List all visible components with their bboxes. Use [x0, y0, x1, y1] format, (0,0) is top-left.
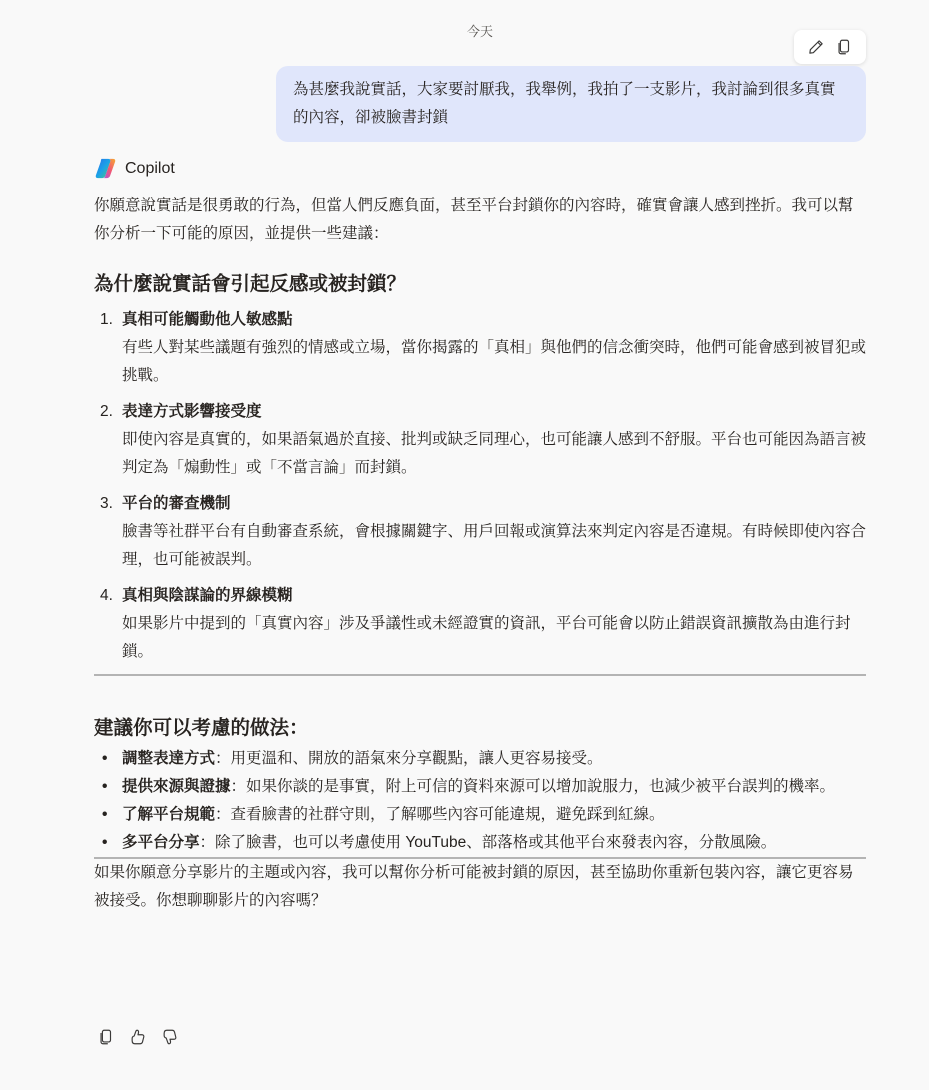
list-item-desc: 有些人對某些議題有強烈的情感或立場，當你揭露的「真相」與他們的信念衝突時，他們可… [122, 334, 866, 390]
list-item: 2. 表達方式影響接受度 即使內容是真實的，如果語氣過於直接、批判或缺乏同理心，… [94, 398, 866, 482]
bullet: • [102, 801, 107, 829]
copy-response-button[interactable] [96, 1026, 116, 1048]
list-number: 1. [100, 306, 113, 334]
list-item: 3. 平台的審查機制 臉書等社群平台有自動審查系統，會根據關鍵字、用戶回報或演算… [94, 490, 866, 574]
section-heading-reasons: 為什麼說實話會引起反感或被封鎖？ [94, 270, 866, 298]
thumbs-down-icon [161, 1028, 179, 1046]
list-item: • 提供來源與證據：如果你談的是事實，附上可信的資料來源可以增加說服力，也減少被… [94, 773, 866, 801]
copy-message-button[interactable] [833, 36, 855, 58]
user-message-actions [794, 30, 866, 64]
list-item-title: 提供來源與證據 [122, 778, 231, 795]
list-item-title: 真相與陰謀論的界線模糊 [122, 582, 866, 610]
bullet: • [102, 745, 107, 773]
user-message-bubble: 為甚麼我說實話，大家要討厭我，我舉例，我拍了一支影片，我討論到很多真實的內容，卻… [276, 66, 866, 142]
list-item-title: 表達方式影響接受度 [122, 398, 866, 426]
list-number: 3. [100, 490, 113, 518]
copy-icon [835, 38, 853, 56]
list-item-desc: 如果影片中提到的「真實內容」涉及爭議性或未經證實的資訊，平台可能會以防止錯誤資訊… [122, 610, 866, 666]
response-feedback-actions [96, 1026, 180, 1048]
list-item: 1. 真相可能觸動他人敏感點 有些人對某些議題有強烈的情感或立場，當你揭露的「真… [94, 306, 866, 390]
closing-paragraph: 如果你願意分享影片的主題或內容，我可以幫你分析可能被封鎖的原因，甚至協助你重新包… [94, 859, 866, 915]
thumbs-up-icon [129, 1028, 147, 1046]
list-item-desc: ：除了臉書，也可以考慮使用 YouTube、部落格或其他平台來發表內容，分散風險… [200, 834, 777, 851]
list-item: • 調整表達方式：用更溫和、開放的語氣來分享觀點，讓人更容易接受。 [94, 745, 866, 773]
list-item-desc: 臉書等社群平台有自動審查系統，會根據關鍵字、用戶回報或演算法來判定內容是否違規。… [122, 518, 866, 574]
list-item-desc: ：用更溫和、開放的語氣來分享觀點，讓人更容易接受。 [215, 750, 603, 767]
copilot-logo-icon [94, 157, 117, 180]
chat-page: 今天 為甚麼我說實話，大家要討厭我，我舉例，我拍了一支影片，我討論到很多真實的內… [0, 0, 929, 1090]
thumbs-up-button[interactable] [128, 1026, 148, 1048]
bullet: • [102, 829, 107, 857]
list-item-title: 了解平台規範 [122, 806, 215, 823]
intro-paragraph: 你願意說實話是很勇敢的行為，但當人們反應負面，甚至平台封鎖你的內容時，確實會讓人… [94, 192, 866, 248]
list-item-desc: ：查看臉書的社群守則，了解哪些內容可能違規，避免踩到紅線。 [215, 806, 665, 823]
list-item-title: 多平台分享 [122, 834, 200, 851]
list-item-desc: 即使內容是真實的，如果語氣過於直接、批判或缺乏同理心，也可能讓人感到不舒服。平台… [122, 426, 866, 482]
divider [94, 674, 866, 676]
assistant-header: Copilot [94, 157, 175, 180]
bullet: • [102, 773, 107, 801]
assistant-response: 你願意說實話是很勇敢的行為，但當人們反應負面，甚至平台封鎖你的內容時，確實會讓人… [94, 192, 866, 915]
list-number: 2. [100, 398, 113, 426]
date-label: 今天 [0, 21, 929, 40]
thumbs-down-button[interactable] [160, 1026, 180, 1048]
copy-icon [97, 1028, 115, 1046]
list-item: • 多平台分享：除了臉書，也可以考慮使用 YouTube、部落格或其他平台來發表… [94, 829, 866, 857]
assistant-name: Copilot [125, 160, 175, 178]
pencil-icon [807, 38, 825, 56]
list-item-desc: ：如果你談的是事實，附上可信的資料來源可以增加說服力，也減少被平台誤判的機率。 [231, 778, 836, 795]
suggestions-list: • 調整表達方式：用更溫和、開放的語氣來分享觀點，讓人更容易接受。 • 提供來源… [94, 745, 866, 857]
section-heading-suggestions: 建議你可以考慮的做法： [94, 714, 866, 742]
list-item-title: 真相可能觸動他人敏感點 [122, 306, 866, 334]
list-item: • 了解平台規範：查看臉書的社群守則，了解哪些內容可能違規，避免踩到紅線。 [94, 801, 866, 829]
list-item: 4. 真相與陰謀論的界線模糊 如果影片中提到的「真實內容」涉及爭議性或未經證實的… [94, 582, 866, 666]
list-number: 4. [100, 582, 113, 610]
list-item-title: 平台的審查機制 [122, 490, 866, 518]
list-item-title: 調整表達方式 [122, 750, 215, 767]
reasons-list: 1. 真相可能觸動他人敏感點 有些人對某些議題有強烈的情感或立場，當你揭露的「真… [94, 306, 866, 666]
edit-message-button[interactable] [805, 36, 827, 58]
